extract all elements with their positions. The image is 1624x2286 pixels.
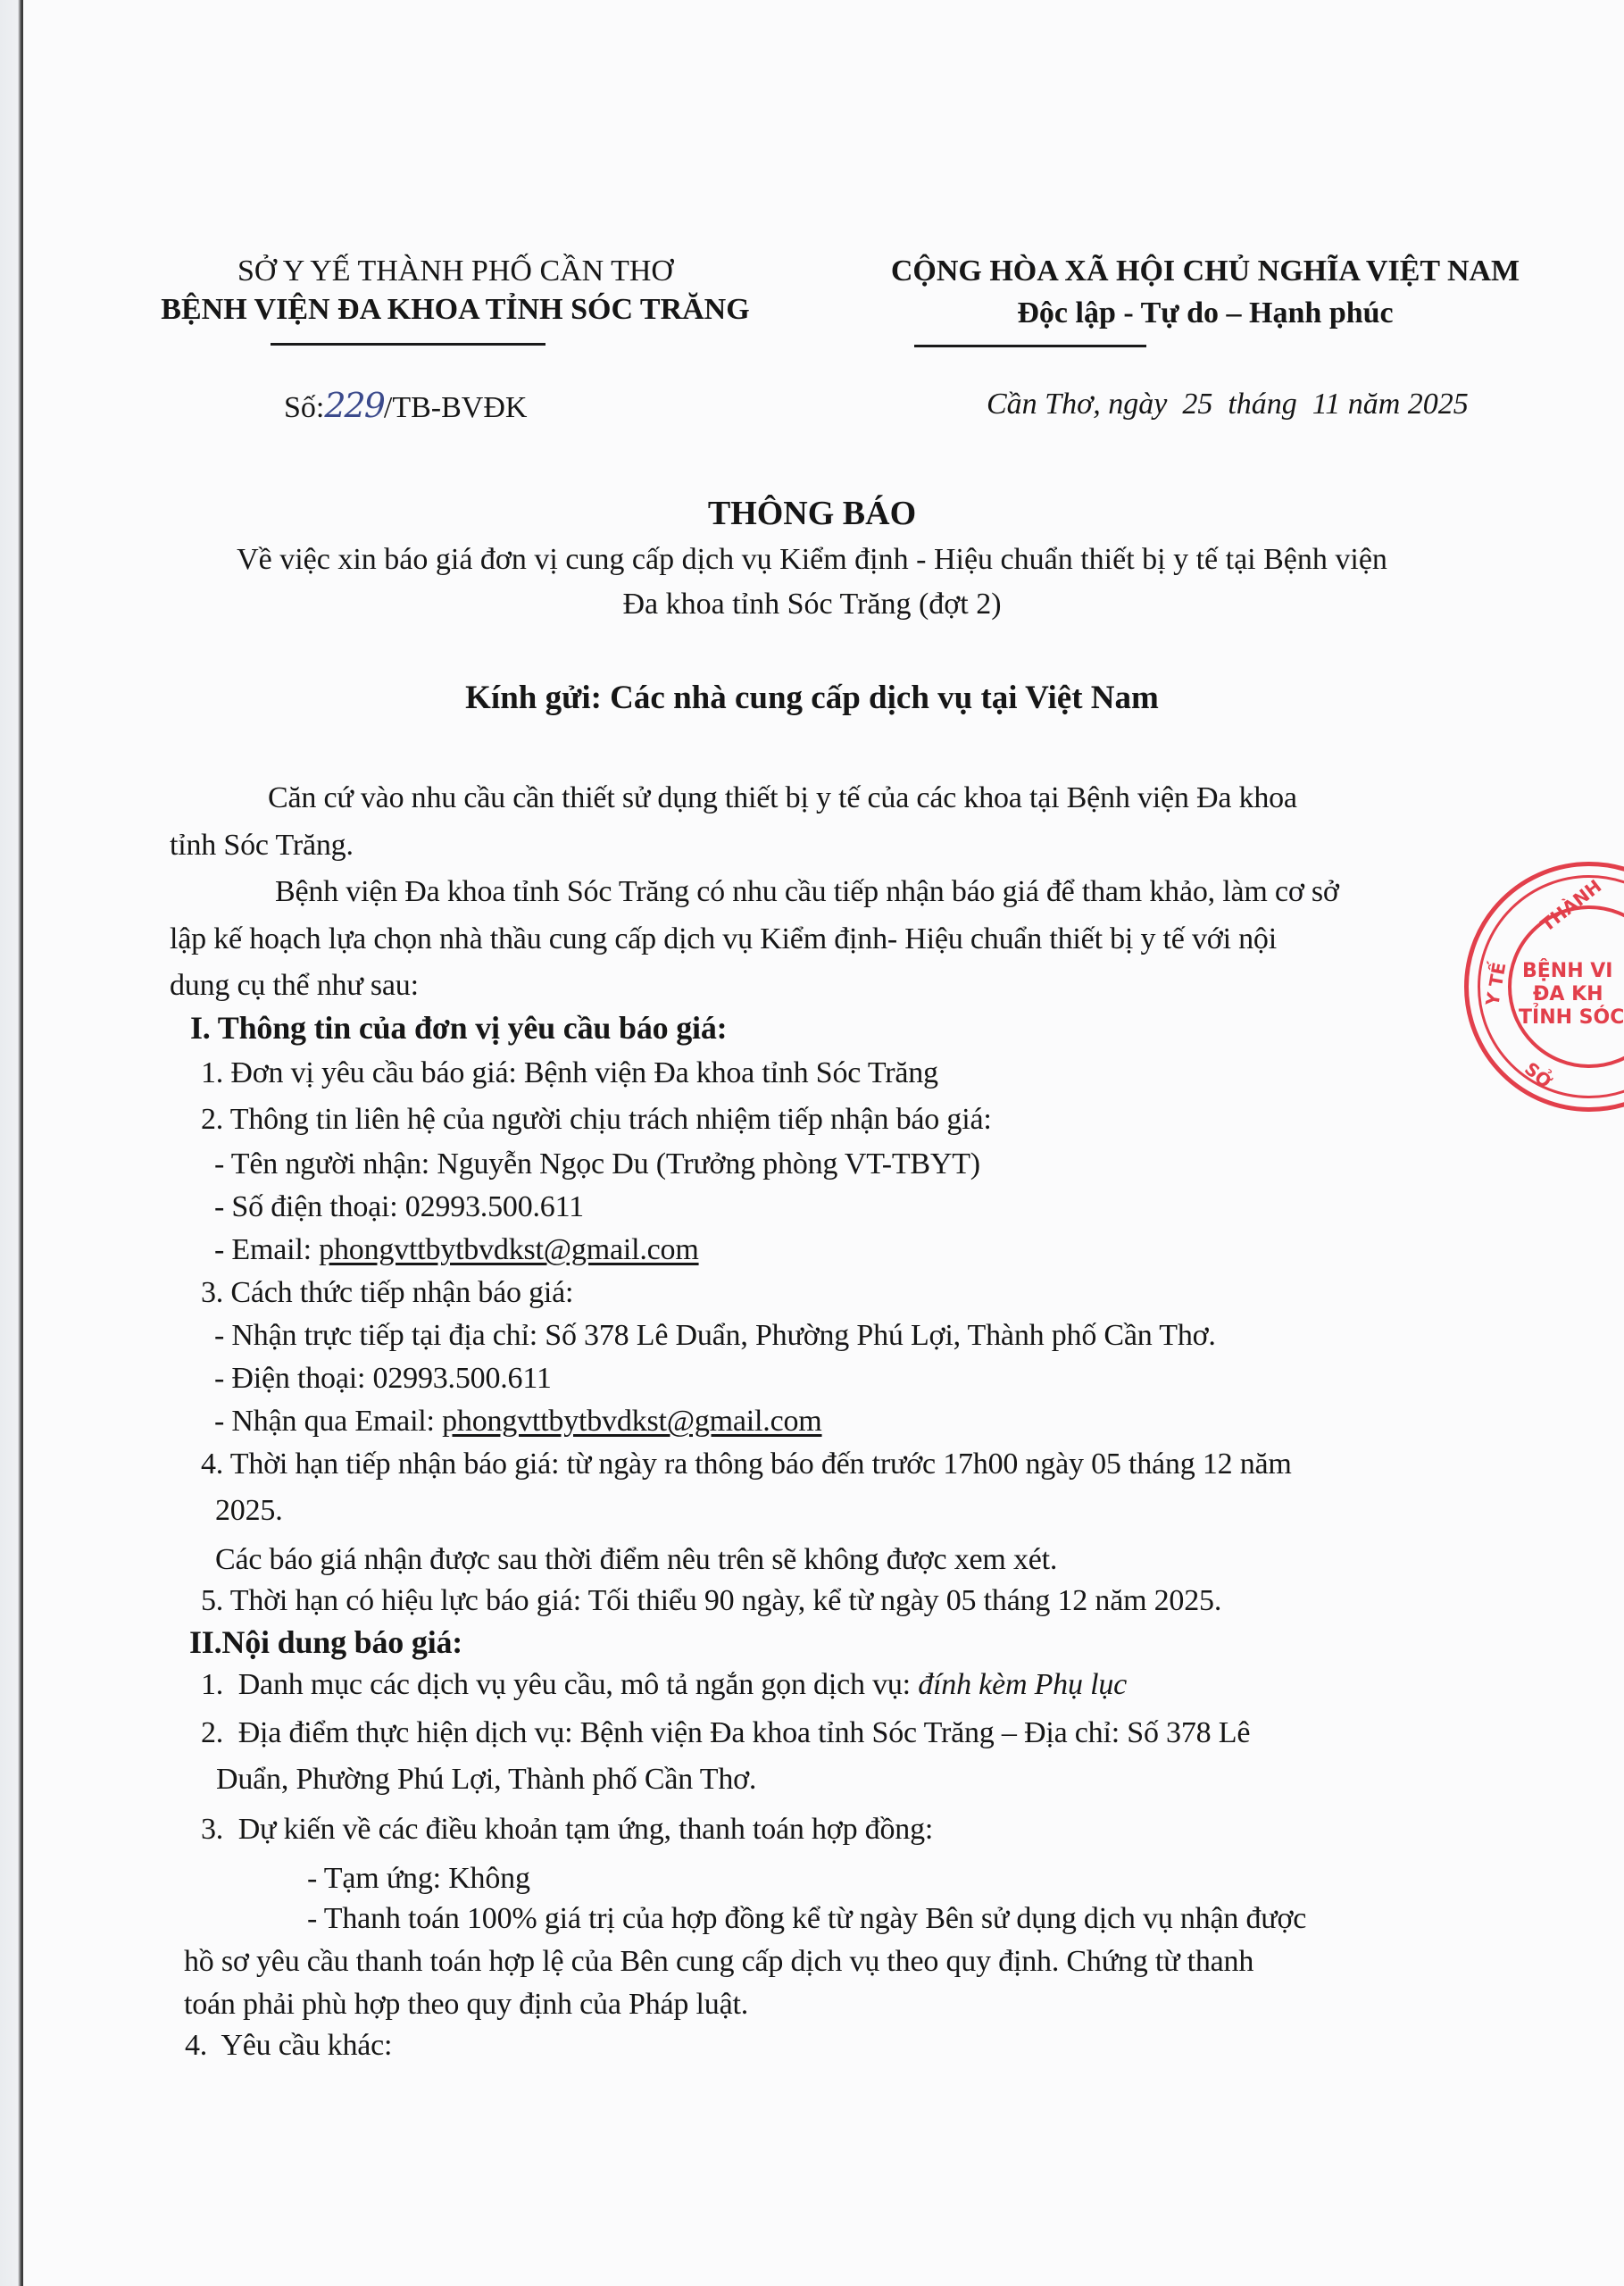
hospital-name: BỆNH VIỆN ĐA KHOA TỈNH SÓC TRĂNG	[107, 293, 804, 327]
place-date: Cần Thơ, ngày 25 tháng 11 năm 2025	[987, 388, 1469, 421]
section-2-item-4: 4. Yêu cầu khác:	[185, 2029, 392, 2063]
email-label: - Email:	[214, 1233, 319, 1266]
payment-line-2: hồ sơ yêu cầu thanh toán hợp lệ của Bên …	[184, 1945, 1253, 1979]
contact-email-row: - Email: phongvttbytbvdkst@gmail.com	[214, 1233, 699, 1267]
contact-name: - Tên người nhận: Nguyễn Ngọc Du (Trưởng…	[214, 1147, 980, 1181]
document-number: Số:229/TB-BVĐK	[284, 386, 527, 425]
stamp-center-line-3: TỈNH SÓC	[1519, 1006, 1624, 1030]
intro-p1-line2: tỉnh Sóc Trăng.	[170, 829, 354, 863]
section-1-item-3: 3. Cách thức tiếp nhận báo giá:	[201, 1276, 573, 1310]
contact-phone: - Số điện thoại: 02993.500.611	[214, 1190, 584, 1224]
number-prefix: Số:	[284, 391, 324, 424]
subject-line-1: Về việc xin báo giá đơn vị cung cấp dịch…	[0, 543, 1624, 577]
section-2-item-2-line1: 2. Địa điểm thực hiện dịch vụ: Bệnh viện…	[201, 1716, 1250, 1750]
section-2-item-1: 1. Danh mục các dịch vụ yêu cầu, mô tả n…	[201, 1668, 1127, 1702]
number-suffix: /TB-BVĐK	[384, 391, 528, 424]
contact-email-link[interactable]: phongvttbytbvdkst@gmail.com	[319, 1233, 698, 1266]
intro-p2-line3: dung cụ thể như sau:	[170, 969, 419, 1003]
payment-line-3: toán phải phù hợp theo quy định của Pháp…	[184, 1988, 748, 2022]
header-left-rule	[271, 343, 545, 346]
official-seal-stamp: THÀNH Y TẾ SỞ BỆNH VI ĐA KH TỈNH SÓC	[1464, 862, 1624, 1112]
section-1-item-4-line2: 2025.	[215, 1494, 283, 1528]
country-name: CỘNG HÒA XÃ HỘI CHỦ NGHĨA VIỆT NAM	[817, 254, 1594, 288]
stamp-center-line-1: BỆNH VI	[1522, 960, 1613, 983]
section-2-item-2-line2: Duẩn, Phường Phú Lợi, Thành phố Cần Thơ.	[216, 1763, 756, 1797]
section-2-item-3: 3. Dự kiến về các điều khoản tạm ứng, th…	[201, 1813, 933, 1847]
receive-email-link[interactable]: phongvttbytbvdkst@gmail.com	[442, 1405, 821, 1438]
document-title: THÔNG BÁO	[0, 494, 1624, 533]
section-2-item-1-text: 1. Danh mục các dịch vụ yêu cầu, mô tả n…	[201, 1668, 918, 1701]
receive-email-row: - Nhận qua Email: phongvttbytbvdkst@gmai…	[214, 1405, 822, 1439]
intro-p2-line2: lập kế hoạch lựa chọn nhà thầu cung cấp …	[170, 922, 1277, 956]
recipient: Kính gửi: Các nhà cung cấp dịch vụ tại V…	[0, 679, 1624, 717]
section-1-item-1: 1. Đơn vị yêu cầu báo giá: Bệnh viện Đa …	[201, 1056, 938, 1090]
stamp-center-line-2: ĐA KH	[1533, 983, 1603, 1006]
section-2-heading: II.Nội dung báo giá:	[189, 1623, 462, 1661]
subject-line-2: Đa khoa tỉnh Sóc Trăng (đợt 2)	[0, 588, 1624, 622]
section-1-heading: I. Thông tin của đơn vị yêu cầu báo giá:	[190, 1009, 727, 1047]
intro-p2-line1: Bệnh viện Đa khoa tỉnh Sóc Trăng có nhu …	[275, 875, 1339, 909]
appendix-reference: đính kèm Phụ lục	[918, 1668, 1127, 1701]
department-name: SỞ Y YẾ THÀNH PHỐ CẦN THƠ	[134, 254, 777, 288]
section-1-item-4-note: Các báo giá nhận được sau thời điểm nêu …	[215, 1543, 1057, 1577]
section-1-item-4-line1: 4. Thời hạn tiếp nhận báo giá: từ ngày r…	[201, 1448, 1292, 1481]
receive-direct: - Nhận trực tiếp tại địa chỉ: Số 378 Lê …	[214, 1319, 1216, 1353]
header-right-rule	[914, 345, 1146, 347]
payment-line-1: - Thanh toán 100% giá trị của hợp đồng k…	[218, 1902, 1306, 1936]
receive-email-label: - Nhận qua Email:	[214, 1405, 442, 1438]
section-1-item-5: 5. Thời hạn có hiệu lực báo giá: Tối thi…	[201, 1584, 1221, 1618]
receive-phone: - Điện thoại: 02993.500.611	[214, 1362, 552, 1396]
advance-payment: - Tạm ứng: Không	[218, 1862, 530, 1896]
section-1-item-2: 2. Thông tin liên hệ của người chịu trác…	[201, 1103, 992, 1137]
handwritten-number: 229	[324, 386, 384, 425]
scan-edge	[0, 0, 23, 2286]
national-motto: Độc lập - Tự do – Hạnh phúc	[817, 296, 1594, 330]
intro-p1-line1: Căn cứ vào nhu cầu cần thiết sử dụng thi…	[268, 781, 1297, 815]
